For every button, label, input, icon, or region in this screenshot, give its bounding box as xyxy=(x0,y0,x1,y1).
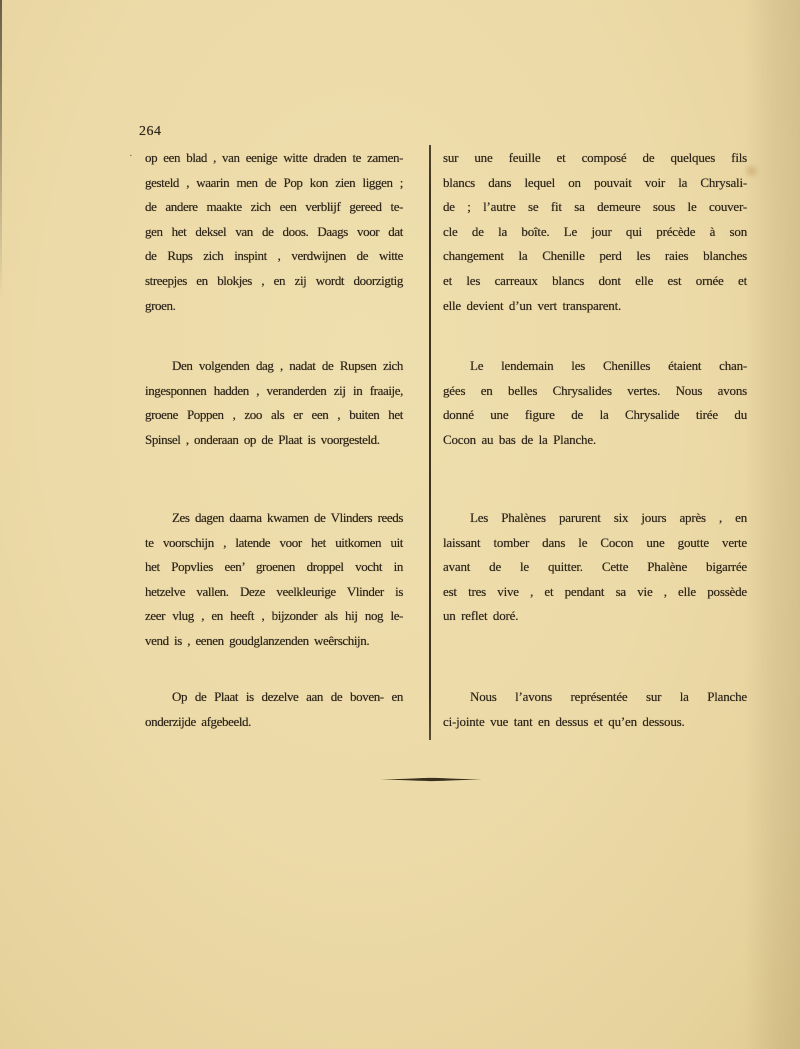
text-line: et les carreaux blancs dont elle est orn… xyxy=(443,269,747,294)
scan-edge-shadow xyxy=(0,0,2,300)
text-line: Nous l’avons représentée sur la Planche xyxy=(443,685,747,710)
section-divider-ornament xyxy=(381,777,482,782)
text-line: Zes dagen daarna kwamen de Vlinders reed… xyxy=(145,506,403,531)
text-line: Den volgenden dag , nadat de Rupsen zich xyxy=(145,354,403,379)
text-line: groen. xyxy=(145,294,403,319)
text-line: zeer vlug , en heeft , bijzonder als hij… xyxy=(145,604,403,629)
margin-mark: · xyxy=(129,150,133,162)
text-line: donné une figure de la Chrysalide tirée … xyxy=(443,403,747,428)
text-line: changement la Chenille perd les raies bl… xyxy=(443,244,747,269)
text-line: gesteld , waarin men de Pop kon zien lig… xyxy=(145,171,403,196)
text-line: onderzijde afgebeeld. xyxy=(145,710,403,735)
french-paragraph-1: sur une feuille et composé de quelques f… xyxy=(443,146,747,318)
text-line: het Popvlies een’ groenen droppel vocht … xyxy=(145,555,403,580)
text-line: sur une feuille et composé de quelques f… xyxy=(443,146,747,171)
text-line: de ; l’autre se fit sa demeure sous le c… xyxy=(443,195,747,220)
text-line: un reflet doré. xyxy=(443,604,747,629)
text-line: de Rups zich inspint , verdwijnen de wit… xyxy=(145,244,403,269)
text-line: est tres vive , et pendant sa vie , elle… xyxy=(443,580,747,605)
text-line: Le lendemain les Chenilles étaient chan- xyxy=(443,354,747,379)
book-page: 264 · op een blad , van eenige witte dra… xyxy=(0,0,800,1049)
text-line: Les Phalènes parurent six jours après , … xyxy=(443,506,747,531)
text-line: gées en belles Chrysalides vertes. Nous … xyxy=(443,379,747,404)
text-line: laissant tomber dans le Cocon une goutte… xyxy=(443,531,747,556)
paper-stain xyxy=(746,166,757,176)
text-line: Spinsel , onderaan op de Plaat is voorge… xyxy=(145,428,403,453)
page-number: 264 xyxy=(139,124,162,140)
dutch-paragraph-2: Den volgenden dag , nadat de Rupsen zich… xyxy=(145,354,403,452)
text-line: streepjes en blokjes , en zij wordt door… xyxy=(145,269,403,294)
text-line: cle de la boîte. Le jour qui précède à s… xyxy=(443,220,747,245)
text-line: elle devient d’un vert transparent. xyxy=(443,294,747,319)
text-line: blancs dans lequel on pouvait voir la Ch… xyxy=(443,171,747,196)
column-divider-rule xyxy=(429,145,431,740)
text-line: ci-jointe vue tant en dessus et qu’en de… xyxy=(443,710,747,735)
text-line: ingesponnen hadden , veranderden zij in … xyxy=(145,379,403,404)
french-paragraph-3: Les Phalènes parurent six jours après , … xyxy=(443,506,747,629)
text-line: avant de le quitter. Cette Phalène bigar… xyxy=(443,555,747,580)
dutch-paragraph-4: Op de Plaat is dezelve aan de boven- eno… xyxy=(145,685,403,734)
dutch-paragraph-3: Zes dagen daarna kwamen de Vlinders reed… xyxy=(145,506,403,654)
french-paragraph-2: Le lendemain les Chenilles étaient chan-… xyxy=(443,354,747,452)
text-line: groene Poppen , zoo als er een , buiten … xyxy=(145,403,403,428)
text-line: te voorschijn , latende voor het uitkome… xyxy=(145,531,403,556)
text-line: de andere maakte zich een verblijf geree… xyxy=(145,195,403,220)
text-line: op een blad , van eenige witte draden te… xyxy=(145,146,403,171)
text-line: Cocon au bas de la Planche. xyxy=(443,428,747,453)
text-line: gen het deksel van de doos. Daags voor d… xyxy=(145,220,403,245)
text-line: Op de Plaat is dezelve aan de boven- en xyxy=(145,685,403,710)
dutch-paragraph-1: op een blad , van eenige witte draden te… xyxy=(145,146,403,318)
french-paragraph-4: Nous l’avons représentée sur la Planchec… xyxy=(443,685,747,734)
text-line: vend is , eenen goudglanzenden weêrschij… xyxy=(145,629,403,654)
text-line: hetzelve vallen. Deze veelkleurige Vlind… xyxy=(145,580,403,605)
